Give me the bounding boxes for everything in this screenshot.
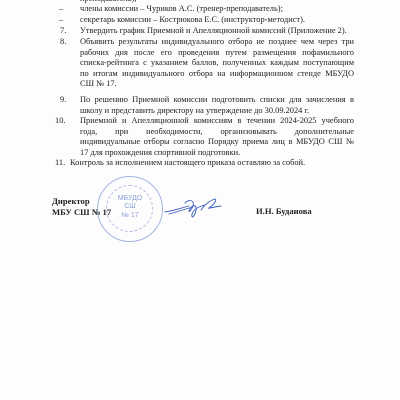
handwritten-signature <box>163 196 223 222</box>
dash-bullet: – <box>59 4 63 15</box>
text-line-members: члены комиссии – Чуриков А.С. (тренер-пр… <box>80 4 283 15</box>
list-number-10: 10. <box>55 116 65 127</box>
list-item-10-line: Приемной и Апелляционной комиссиям в теч… <box>80 116 354 127</box>
list-item-9-line: школу и представить директору на утвержд… <box>80 106 309 117</box>
dash-bullet: – <box>59 15 63 26</box>
text-line-secretary: секретарь комиссии – Кострюкова Е.С. (ин… <box>80 15 305 26</box>
list-item-10-line: индивидуальные отборы согласно Порядку п… <box>80 137 354 148</box>
list-number-8: 8. <box>60 37 66 48</box>
list-item-9-line: По решению Приемной комиссии подготовить… <box>80 95 354 106</box>
list-item-8-line: Объявить результаты индивидуального отбо… <box>80 37 354 48</box>
list-item-8-line: рабочих дня после его проведения путем р… <box>80 48 354 59</box>
signatory-name: И.Н. Буданова <box>256 206 312 217</box>
signatory-organization: МБУ СШ № 17 <box>52 207 111 218</box>
signatory-title: Директор МБУ СШ № 17 <box>52 196 111 217</box>
list-item-7-line: Утвердить график Приемной и Апелляционно… <box>80 26 347 37</box>
list-item-10-line: года, при необходимости, организовывать … <box>80 127 354 138</box>
list-number-9: 9. <box>60 95 66 106</box>
list-number-11: 11. <box>55 158 65 169</box>
document-page: преподаватель); – члены комиссии – Чурик… <box>0 0 400 400</box>
list-item-11-line: Контроль за исполнением настоящего прика… <box>70 158 305 169</box>
list-item-8-line: списка-рейтинга с указанием баллов, полу… <box>80 58 354 69</box>
list-number-7: 7. <box>60 26 66 37</box>
list-item-10-line: 17 для прохождения спортивной подготовки… <box>80 148 240 159</box>
signatory-position: Директор <box>52 196 111 207</box>
list-item-8-line: по итогам индивидуального отбора на инфо… <box>80 69 354 80</box>
list-item-8-line: СШ № 17. <box>80 79 117 90</box>
